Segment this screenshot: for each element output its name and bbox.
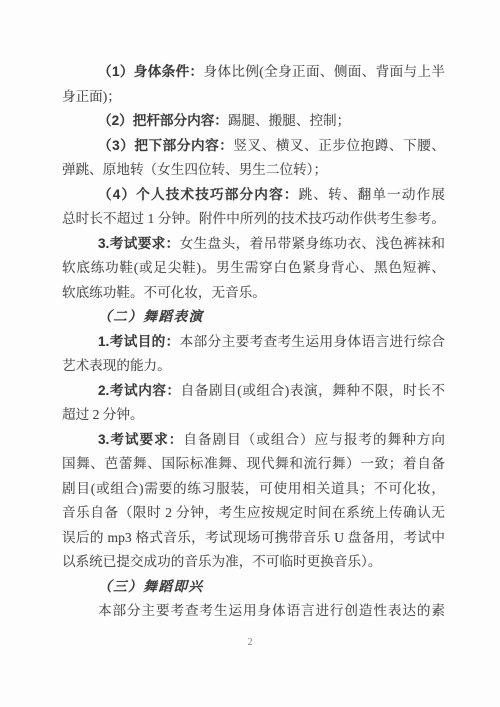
line-text: 超过 2 分钟。 bbox=[62, 407, 144, 422]
line-text: 软底练功鞋(或足尖鞋)。男生需穿白色紧身背心、黑色短裤、 bbox=[62, 260, 445, 275]
document-line: 超过 2 分钟。 bbox=[62, 403, 445, 428]
document-line: 本部分主要考查考生运用身体语言进行创造性表达的素 bbox=[62, 599, 445, 624]
line-label: 1.考试目的： bbox=[98, 334, 180, 349]
document-line: 误后的 mp3 格式音乐，考试现场可携带音乐 U 盘备用，考试中 bbox=[62, 526, 445, 551]
document-line: 3.考试要求：自备剧目（或组合）应与报考的舞种方向（中 bbox=[62, 428, 445, 453]
line-label: （3）把下部分内容： bbox=[98, 138, 233, 153]
document-line: 3.考试要求：女生盘头，着吊带紧身练功衣、浅色裤袜和 bbox=[62, 232, 445, 257]
section-heading: （二）舞蹈表演 bbox=[98, 309, 204, 324]
line-text: 总时长不超过 1 分钟。附件中所列的技术技巧动作供考生参考。 bbox=[62, 211, 445, 226]
page-number: 2 bbox=[0, 637, 500, 648]
line-label: 3.考试要求： bbox=[98, 432, 183, 447]
line-text: 本部分主要考查考生运用身体语言进行创造性表达的素 bbox=[98, 603, 445, 618]
document-line: （2）把杆部分内容：踢腿、搬腿、控制； bbox=[62, 109, 445, 134]
line-text: 自备剧目(或组合)表演，舞种不限，时长不 bbox=[181, 383, 445, 398]
document-line: 身正面)； bbox=[62, 85, 445, 110]
document-line: 2.考试内容：自备剧目(或组合)表演，舞种不限，时长不 bbox=[62, 379, 445, 404]
document-page: （1）身体条件：身体比例(全身正面、侧面、背面与上半身正面)；（2）把杆部分内容… bbox=[0, 0, 500, 707]
document-line: 软底练功鞋(或足尖鞋)。男生需穿白色紧身背心、黑色短裤、 bbox=[62, 256, 445, 281]
line-label: （4）个人技术技巧部分内容： bbox=[98, 187, 299, 202]
document-line: 弹跳、原地转（女生四位转、男生二位转）； bbox=[62, 158, 445, 183]
line-text: 音乐自备（限时 2 分钟，考生应按规定时间在系统上传确认无 bbox=[62, 505, 445, 520]
line-text: 竖叉、横叉、正步位抱蹲、下腰、 bbox=[233, 138, 445, 153]
document-line: 软底练功鞋。不可化妆，无音乐。 bbox=[62, 281, 445, 306]
line-label: 3.考试要求： bbox=[98, 236, 180, 251]
document-line: 以系统已提交成功的音乐为准，不可临时更换音乐）。 bbox=[62, 550, 445, 575]
line-text: 剧目(或组合)需要的练习服装，可使用相关道具；不可化妆， bbox=[62, 481, 445, 496]
document-line: （4）个人技术技巧部分内容：跳、转、翻单一动作展示， bbox=[62, 183, 445, 208]
line-text: 女生盘头，着吊带紧身练功衣、浅色裤袜和 bbox=[180, 236, 445, 251]
line-text: 踢腿、搬腿、控制； bbox=[228, 113, 350, 128]
line-text: 本部分主要考查考生运用身体语言进行综合 bbox=[180, 334, 445, 349]
section-heading: （三）舞蹈即兴 bbox=[98, 579, 204, 594]
document-line: （1）身体条件：身体比例(全身正面、侧面、背面与上半 bbox=[62, 60, 445, 85]
line-text: 艺术表现的能力。 bbox=[62, 358, 171, 373]
document-text-block: （1）身体条件：身体比例(全身正面、侧面、背面与上半身正面)；（2）把杆部分内容… bbox=[62, 60, 445, 624]
line-text: 以系统已提交成功的音乐为准，不可临时更换音乐）。 bbox=[62, 554, 381, 569]
document-line: 剧目(或组合)需要的练习服装，可使用相关道具；不可化妆， bbox=[62, 477, 445, 502]
line-text: 软底练功鞋。不可化妆，无音乐。 bbox=[62, 285, 266, 300]
document-line: 音乐自备（限时 2 分钟，考生应按规定时间在系统上传确认无 bbox=[62, 501, 445, 526]
line-text: 国舞、芭蕾舞、国际标准舞、现代舞和流行舞）一致；着自备 bbox=[62, 456, 445, 471]
document-line: 1.考试目的：本部分主要考查考生运用身体语言进行综合 bbox=[62, 330, 445, 355]
document-line: 国舞、芭蕾舞、国际标准舞、现代舞和流行舞）一致；着自备 bbox=[62, 452, 445, 477]
line-text: 误后的 mp3 格式音乐，考试现场可携带音乐 U 盘备用，考试中 bbox=[62, 530, 445, 545]
line-label: （2）把杆部分内容： bbox=[98, 113, 228, 128]
line-text: 身正面)； bbox=[62, 89, 121, 104]
line-text: 身体比例(全身正面、侧面、背面与上半 bbox=[204, 64, 446, 79]
line-label: （1）身体条件： bbox=[98, 64, 204, 79]
document-line: （二）舞蹈表演 bbox=[62, 305, 445, 330]
document-line: 艺术表现的能力。 bbox=[62, 354, 445, 379]
line-label: 2.考试内容： bbox=[98, 383, 181, 398]
document-line: 总时长不超过 1 分钟。附件中所列的技术技巧动作供考生参考。 bbox=[62, 207, 445, 232]
document-line: （3）把下部分内容：竖叉、横叉、正步位抱蹲、下腰、 bbox=[62, 134, 445, 159]
document-line: （三）舞蹈即兴 bbox=[62, 575, 445, 600]
line-text: 弹跳、原地转（女生四位转、男生二位转）； bbox=[62, 162, 327, 177]
